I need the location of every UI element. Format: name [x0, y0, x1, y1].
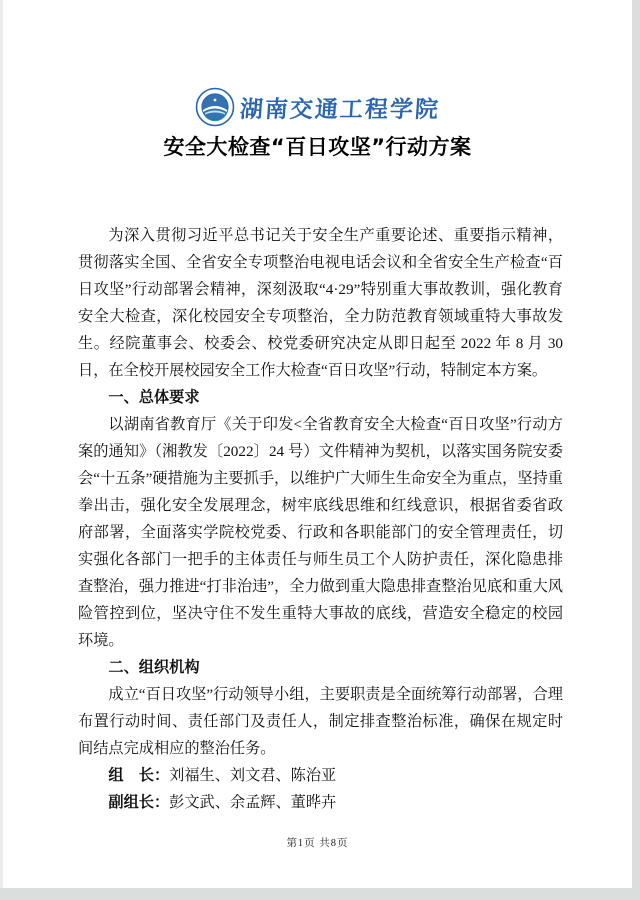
group-leader-line: 组 长：刘福生、刘文君、陈治亚: [78, 762, 563, 789]
section-1-heading: 一、总体要求: [78, 384, 563, 411]
deputy-leader-label: 副组长：: [108, 793, 169, 811]
section-2-heading: 二、组织机构: [78, 654, 563, 681]
deputy-leader-line: 副组长：彭文武、余孟辉、董晔卉: [78, 789, 563, 816]
school-name: 湖南交通工程学院: [239, 91, 441, 124]
group-leader-names: 刘福生、刘文君、陈治亚: [169, 767, 336, 784]
school-logo-icon: [195, 87, 235, 127]
document-viewer: 湖南交通工程学院 安全大检查“百日攻坚”行动方案 为深入贯彻习近平总书记关于安全…: [0, 0, 640, 900]
page-number: 第1页 共8页: [3, 835, 632, 850]
section-1-paragraph: 以湖南省教育厅《关于印发<全省教育安全大检查“百日攻坚”行动方案的通知》（湘教发…: [78, 411, 563, 654]
document-page: 湖南交通工程学院 安全大检查“百日攻坚”行动方案 为深入贯彻习近平总书记关于安全…: [3, 0, 632, 888]
section-2-paragraph: 成立“百日攻坚”行动领导小组，主要职责是全面统筹行动部署，合理布置行动时间、责任…: [78, 681, 563, 762]
school-header: 湖南交通工程学院: [3, 86, 632, 128]
group-leader-label: 组 长：: [108, 766, 169, 784]
deputy-leader-names: 彭文武、余孟辉、董晔卉: [169, 794, 336, 811]
document-title: 安全大检查“百日攻坚”行动方案: [3, 131, 632, 161]
intro-paragraph: 为深入贯彻习近平总书记关于安全生产重要论述、重要指示精神，贯彻落实全国、全省安全…: [78, 222, 563, 384]
document-body: 为深入贯彻习近平总书记关于安全生产重要论述、重要指示精神，贯彻落实全国、全省安全…: [78, 222, 563, 816]
